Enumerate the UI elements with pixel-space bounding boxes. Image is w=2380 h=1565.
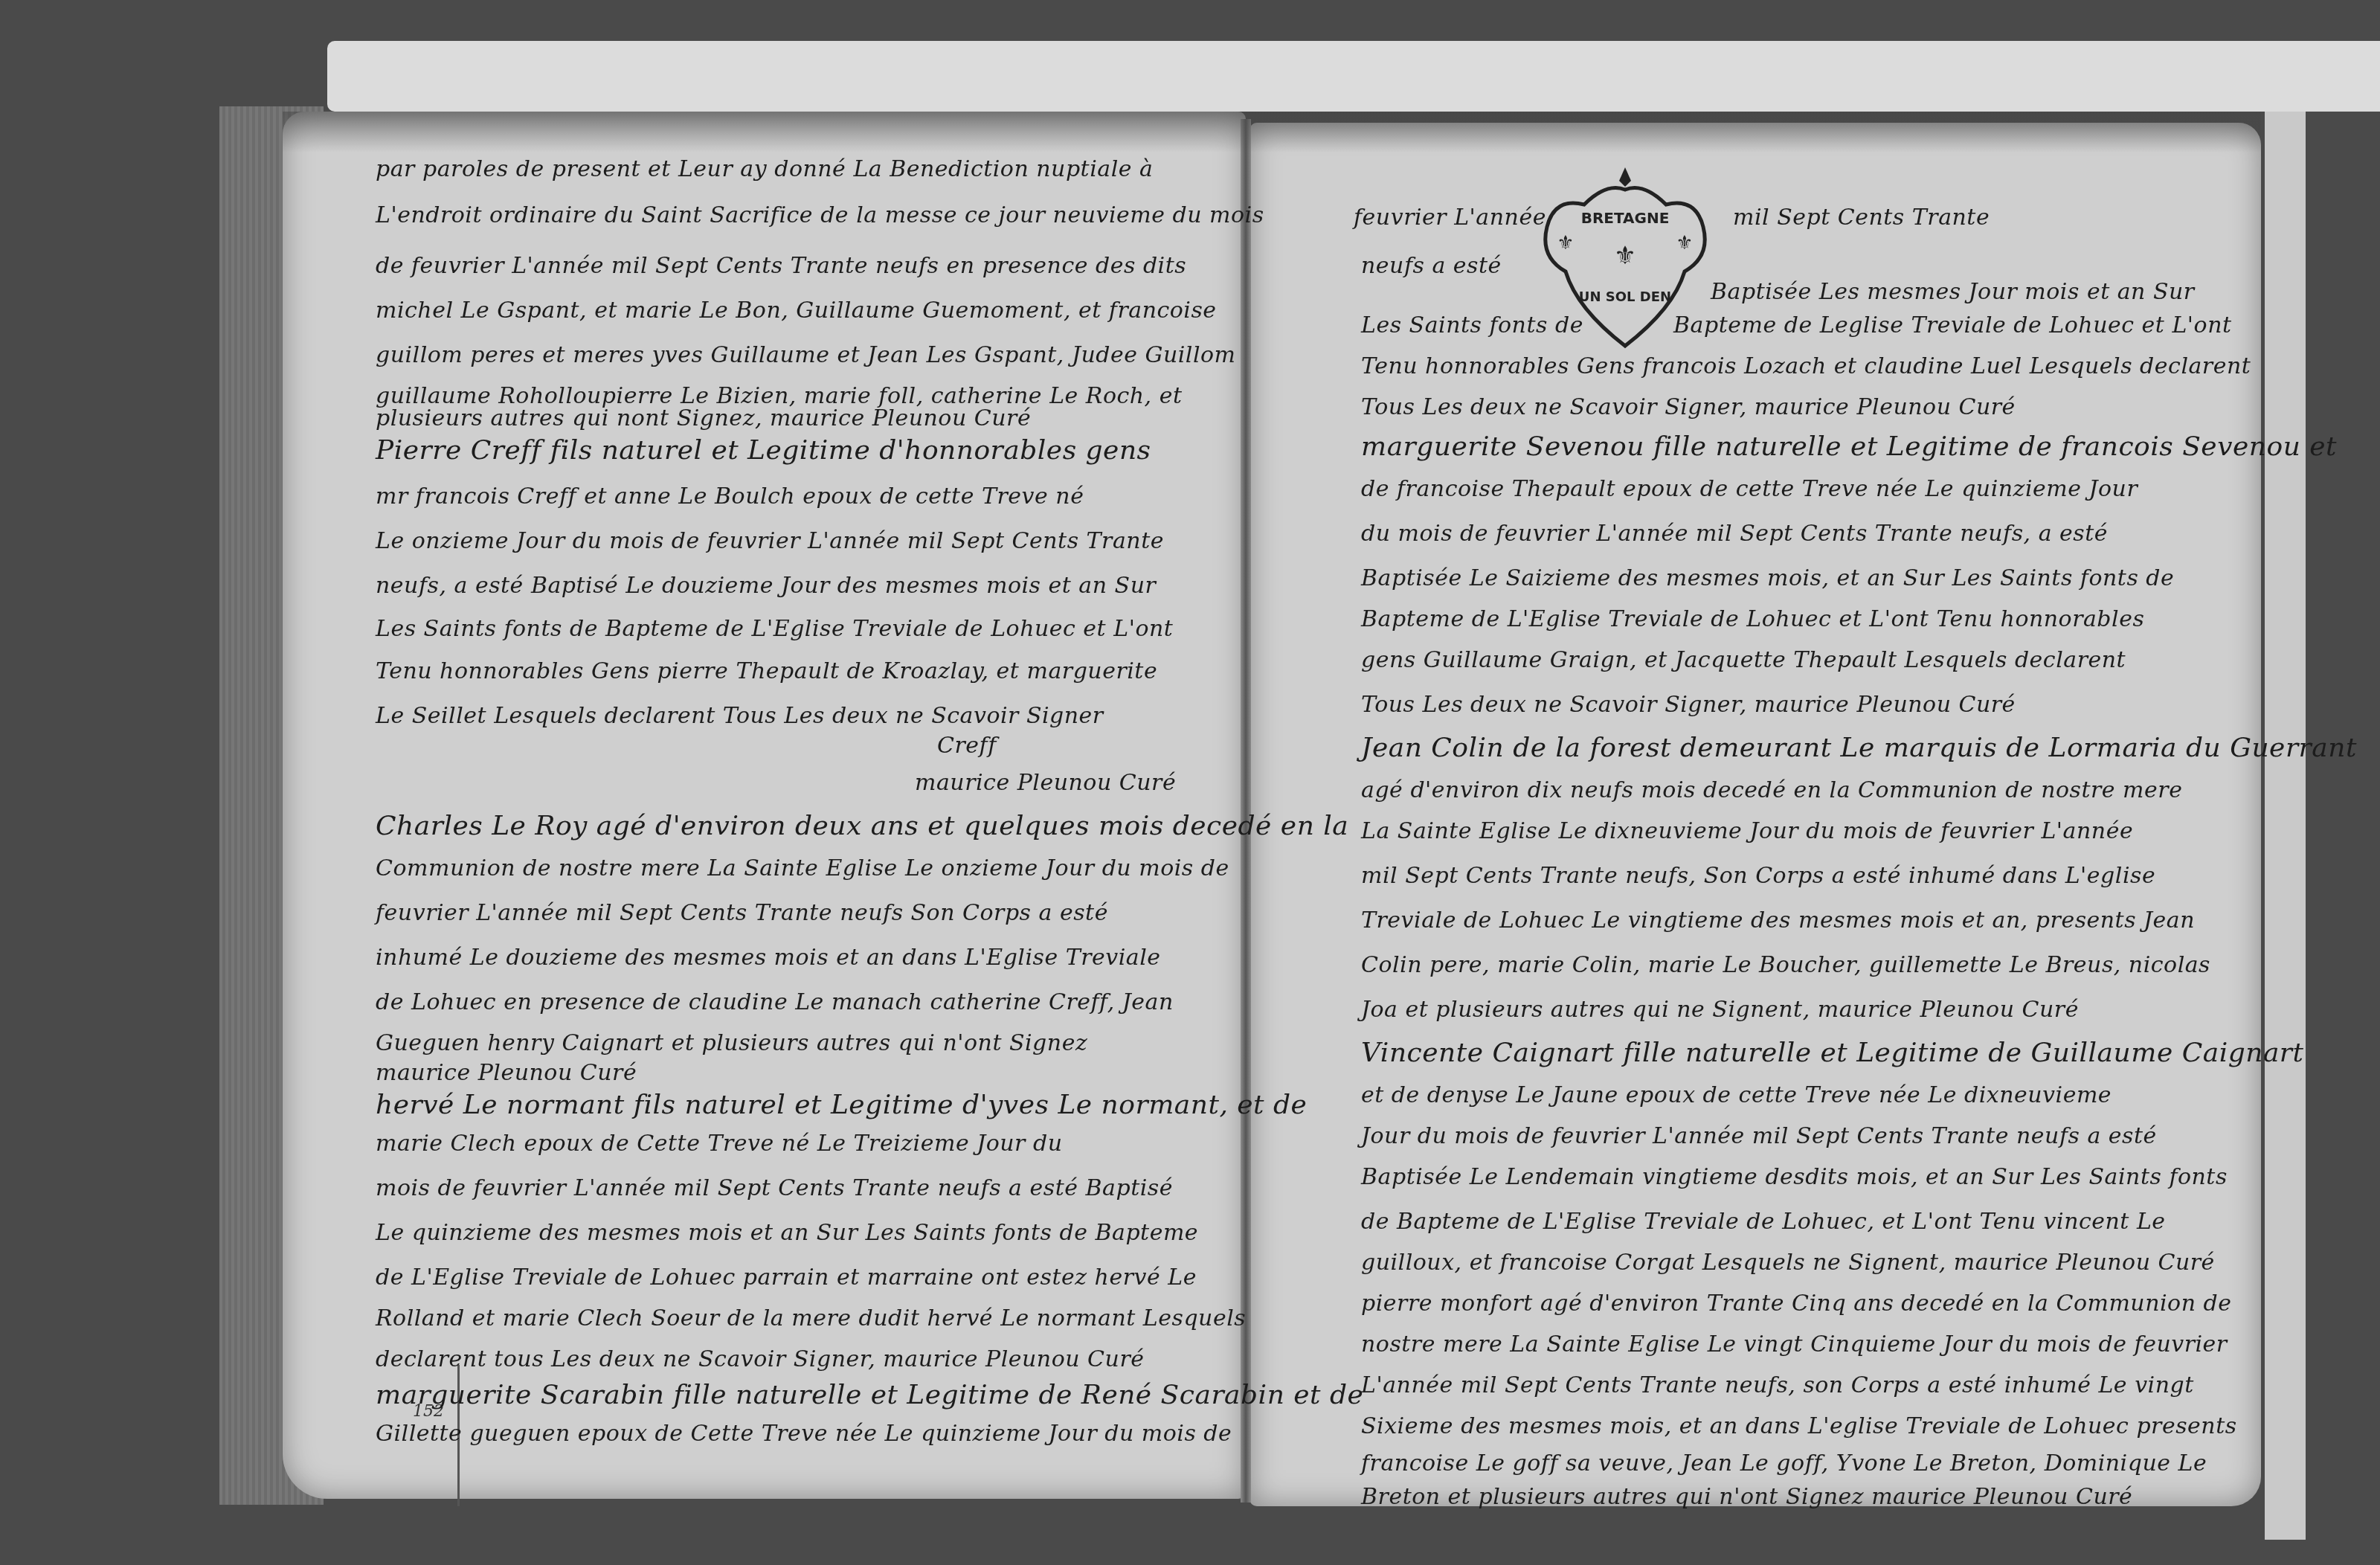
text-line: francoise Le goff sa veuve, Jean Le goff… — [1361, 1450, 2207, 1476]
svg-text:⚜: ⚜ — [1614, 241, 1636, 271]
text-line: mil Sept Cents Trante — [1733, 205, 1990, 231]
svg-text:⚜: ⚜ — [1557, 232, 1574, 254]
text-line: inhumé Le douzieme des mesmes mois et an… — [376, 945, 1161, 971]
text-line: mil Sept Cents Trante neufs, Son Corps a… — [1361, 863, 2155, 889]
entry-heading: marguerite Sevenou fille naturelle et Le… — [1361, 431, 2337, 462]
text-line: Baptisée Les mesmes Jour mois et an Sur — [1711, 279, 2195, 305]
text-line: neufs a esté — [1361, 253, 1502, 279]
text-line: La Sainte Eglise Le dixneuvieme Jour du … — [1361, 818, 2133, 844]
text-line: Les Saints fonts de — [1361, 312, 1583, 338]
scan-right-edge — [2265, 112, 2306, 1540]
text-line: de Lohuec en presence de claudine Le man… — [376, 989, 1174, 1015]
text-line: plusieurs autres qui nont Signez, mauric… — [376, 405, 1031, 431]
entry-heading: Vincente Caignart fille naturelle et Leg… — [1361, 1038, 2304, 1068]
text-line: Breton et plusieurs autres qui n'ont Sig… — [1361, 1484, 2132, 1510]
text-line: nostre mere La Sainte Eglise Le vingt Ci… — [1361, 1331, 2228, 1357]
entry-heading: Charles Le Roy agé d'environ deux ans et… — [376, 811, 1348, 841]
text-line: guillom peres et meres yves Guillaume et… — [376, 342, 1236, 368]
text-line: de feuvrier L'année mil Sept Cents Trant… — [376, 253, 1186, 279]
text-line: mr francois Creff et anne Le Boulch epou… — [376, 483, 1084, 510]
text-line: de Bapteme de L'Eglise Treviale de Lohue… — [1361, 1209, 2166, 1235]
text-line: michel Le Gspant, et marie Le Bon, Guill… — [376, 298, 1217, 324]
entry-heading: marguerite Scarabin fille naturelle et L… — [376, 1380, 1363, 1410]
text-line: pierre monfort agé d'environ Trante Cinq… — [1361, 1291, 2231, 1317]
signature-cure: maurice Pleunou Curé — [376, 1060, 637, 1086]
text-line: guilloux, et francoise Corgat Lesquels n… — [1361, 1250, 2215, 1276]
entry-heading: hervé Le normant fils naturel et Legitim… — [376, 1090, 1307, 1120]
signature-creff: Creff — [937, 733, 997, 759]
text-line: declarent tous Les deux ne Scavoir Signe… — [376, 1346, 1144, 1372]
text-line: Colin pere, marie Colin, marie Le Bouche… — [1361, 952, 2210, 978]
text-line: Jour du mois de feuvrier L'année mil Sep… — [1361, 1123, 2157, 1149]
water-stain — [283, 112, 2261, 152]
signature-cure: maurice Pleunou Curé — [915, 770, 1176, 796]
text-line: Tous Les deux ne Scavoir Signer, maurice… — [1361, 692, 2016, 718]
text-line: de francoise Thepault epoux de cette Tre… — [1361, 476, 2138, 502]
text-line: neufs, a esté Baptisé Le douzieme Jour d… — [376, 573, 1156, 599]
text-line: du mois de feuvrier L'année mil Sept Cen… — [1361, 521, 2108, 547]
entry-heading: Jean Colin de la forest demeurant Le mar… — [1361, 733, 2357, 763]
entry-heading: Pierre Creff fils naturel et Legitime d'… — [376, 435, 1151, 466]
text-line: mois de feuvrier L'année mil Sept Cents … — [376, 1175, 1173, 1201]
text-line: Tenu honnorables Gens pierre Thepault de… — [376, 658, 1157, 684]
text-line: gens Guillaume Graign, et Jacquette Thep… — [1361, 647, 2126, 673]
text-line: Joa et plusieurs autres qui ne Signent, … — [1361, 997, 2079, 1023]
text-line: Les Saints fonts de Bapteme de L'Eglise … — [376, 616, 1173, 642]
text-line: feuvrier L'année — [1354, 205, 1546, 231]
text-line: Gueguen henry Caignart et plusieurs autr… — [376, 1030, 1087, 1056]
text-line: Treviale de Lohuec Le vingtieme des mesm… — [1361, 907, 2195, 933]
text-line: L'année mil Sept Cents Trante neufs, son… — [1361, 1372, 2194, 1398]
text-line: L'endroit ordinaire du Saint Sacrifice d… — [376, 202, 1264, 228]
text-line: Tenu honnorables Gens francois Lozach et… — [1361, 353, 2251, 379]
text-line: Bapteme de Leglise Treviale de Lohuec et… — [1673, 312, 2232, 338]
svg-text:⚜: ⚜ — [1676, 232, 1693, 254]
text-line: agé d'environ dix neufs mois decedé en l… — [1361, 777, 2182, 803]
text-line: Le quinzieme des mesmes mois et an Sur L… — [376, 1220, 1198, 1246]
text-line: Communion de nostre mere La Sainte Eglis… — [376, 855, 1229, 881]
text-line: Baptisée Le Saizieme des mesmes mois, et… — [1361, 565, 2174, 591]
text-line: Baptisée Le Lendemain vingtieme desdits … — [1361, 1164, 2228, 1190]
svg-text:UN SOL DEN: UN SOL DEN — [1579, 289, 1671, 305]
text-line: de L'Eglise Treviale de Lohuec parrain e… — [376, 1264, 1197, 1291]
scan-top-strip — [327, 41, 2380, 112]
text-line: et de denyse Le Jaune epoux de cette Tre… — [1361, 1082, 2112, 1108]
svg-text:BRETAGNE: BRETAGNE — [1581, 209, 1670, 227]
text-line: Tous Les deux ne Scavoir Signer, maurice… — [1361, 394, 2016, 420]
text-line: Rolland et marie Clech Soeur de la mere … — [376, 1305, 1246, 1331]
text-line: Le Seillet Lesquels declarent Tous Les d… — [376, 703, 1104, 729]
text-line: Le onzieme Jour du mois de feuvrier L'an… — [376, 528, 1164, 554]
text-line: feuvrier L'année mil Sept Cents Trante n… — [376, 900, 1108, 926]
text-line: marie Clech epoux de Cette Treve né Le T… — [376, 1131, 1063, 1157]
text-line: Sixieme des mesmes mois, et an dans L'eg… — [1361, 1413, 2237, 1439]
text-line: Gillette gueguen epoux de Cette Treve né… — [376, 1421, 1232, 1447]
text-line: Bapteme de L'Eglise Treviale de Lohuec e… — [1361, 606, 2144, 632]
text-line: par paroles de present et Leur ay donné … — [376, 156, 1153, 182]
